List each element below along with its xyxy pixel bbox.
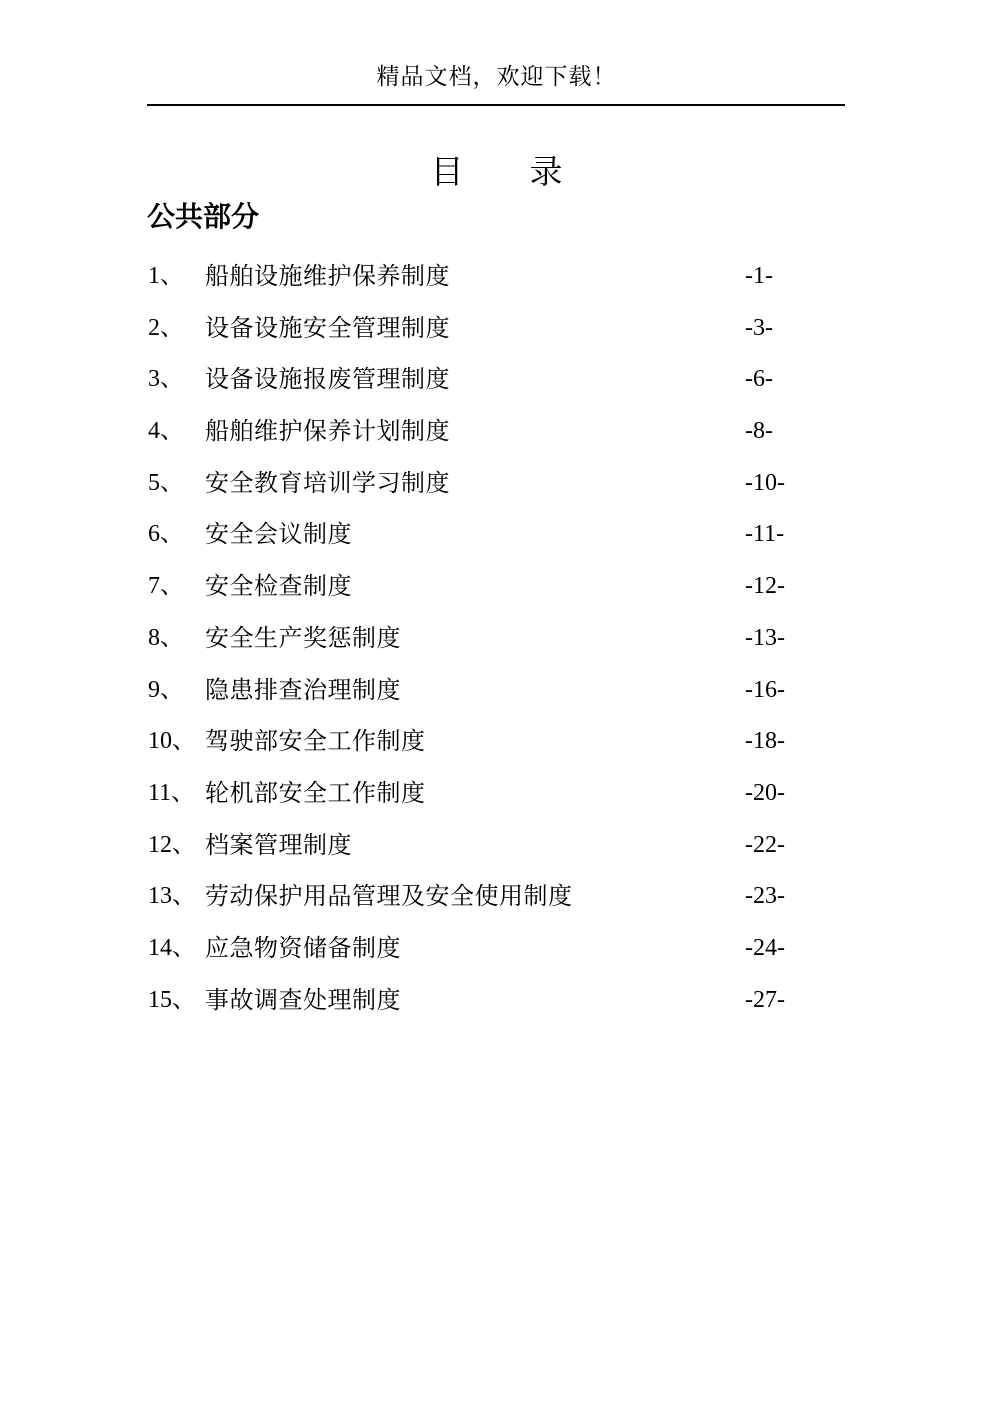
toc-list: 1、 船舶设施维护保养制度 -1- 2、 设备设施安全管理制度 -3- 3、 设…: [148, 251, 845, 1026]
toc-entry-number: 2、: [148, 303, 205, 355]
toc-entry-title: 安全生产奖惩制度: [205, 613, 745, 665]
toc-entry-page: -10-: [745, 458, 845, 510]
toc-entry-page: -13-: [745, 613, 845, 665]
toc-entry-number: 9、: [148, 665, 205, 717]
toc-entry-title: 事故调查处理制度: [205, 975, 745, 1027]
toc-row: 12、 档案管理制度 -22-: [148, 820, 845, 872]
toc-entry-title: 隐患排查治理制度: [205, 665, 745, 717]
toc-entry-page: -23-: [745, 871, 845, 923]
toc-row: 4、 船舶维护保养计划制度 -8-: [148, 406, 845, 458]
toc-row: 14、 应急物资储备制度 -24-: [148, 923, 845, 975]
toc-entry-number: 4、: [148, 406, 205, 458]
toc-entry-page: -20-: [745, 768, 845, 820]
toc-entry-number: 5、: [148, 458, 205, 510]
toc-row: 8、 安全生产奖惩制度 -13-: [148, 613, 845, 665]
toc-row: 10、 驾驶部安全工作制度 -18-: [148, 716, 845, 768]
toc-entry-number: 7、: [148, 561, 205, 613]
toc-entry-title: 设备设施报废管理制度: [205, 354, 745, 406]
toc-entry-page: -27-: [745, 975, 845, 1027]
toc-entry-title: 安全检查制度: [205, 561, 745, 613]
toc-entry-number: 3、: [148, 354, 205, 406]
toc-entry-page: -3-: [745, 303, 845, 355]
toc-entry-number: 12、: [148, 820, 205, 872]
toc-row: 9、 隐患排查治理制度 -16-: [148, 665, 845, 717]
toc-row: 6、 安全会议制度 -11-: [148, 509, 845, 561]
toc-entry-title: 船舶维护保养计划制度: [205, 406, 745, 458]
toc-entry-number: 13、: [148, 871, 205, 923]
toc-entry-number: 8、: [148, 613, 205, 665]
toc-row: 3、 设备设施报废管理制度 -6-: [148, 354, 845, 406]
toc-entry-number: 10、: [148, 716, 205, 768]
toc-row: 15、 事故调查处理制度 -27-: [148, 975, 845, 1027]
toc-entry-title: 驾驶部安全工作制度: [205, 716, 745, 768]
toc-entry-title: 船舶设施维护保养制度: [205, 251, 745, 303]
toc-entry-title: 劳动保护用品管理及安全使用制度: [205, 871, 745, 923]
toc-entry-page: -16-: [745, 665, 845, 717]
toc-row: 5、 安全教育培训学习制度 -10-: [148, 458, 845, 510]
toc-entry-title: 安全教育培训学习制度: [205, 458, 745, 510]
toc-entry-page: -1-: [745, 251, 845, 303]
toc-entry-title: 档案管理制度: [205, 820, 745, 872]
toc-entry-number: 6、: [148, 509, 205, 561]
toc-entry-number: 14、: [148, 923, 205, 975]
toc-row: 13、 劳动保护用品管理及安全使用制度 -23-: [148, 871, 845, 923]
toc-entry-title: 应急物资储备制度: [205, 923, 745, 975]
toc-title: 目 录: [0, 152, 993, 192]
toc-entry-number: 11、: [148, 768, 205, 820]
toc-entry-page: -22-: [745, 820, 845, 872]
toc-entry-page: -11-: [745, 509, 845, 561]
toc-row: 1、 船舶设施维护保养制度 -1-: [148, 251, 845, 303]
toc-entry-page: -8-: [745, 406, 845, 458]
document-page: 精品文档，欢迎下载！ 目 录 公共部分 1、 船舶设施维护保养制度 -1- 2、…: [0, 0, 993, 1404]
section-heading: 公共部分: [147, 200, 259, 234]
toc-entry-title: 安全会议制度: [205, 509, 745, 561]
header-divider: [147, 104, 845, 106]
toc-entry-page: -18-: [745, 716, 845, 768]
toc-entry-title: 轮机部安全工作制度: [205, 768, 745, 820]
toc-entry-number: 15、: [148, 975, 205, 1027]
toc-row: 2、 设备设施安全管理制度 -3-: [148, 303, 845, 355]
toc-entry-number: 1、: [148, 251, 205, 303]
toc-row: 7、 安全检查制度 -12-: [148, 561, 845, 613]
page-header: 精品文档，欢迎下载！: [0, 60, 993, 94]
toc-row: 11、 轮机部安全工作制度 -20-: [148, 768, 845, 820]
toc-entry-title: 设备设施安全管理制度: [205, 303, 745, 355]
toc-entry-page: -24-: [745, 923, 845, 975]
toc-entry-page: -6-: [745, 354, 845, 406]
toc-entry-page: -12-: [745, 561, 845, 613]
